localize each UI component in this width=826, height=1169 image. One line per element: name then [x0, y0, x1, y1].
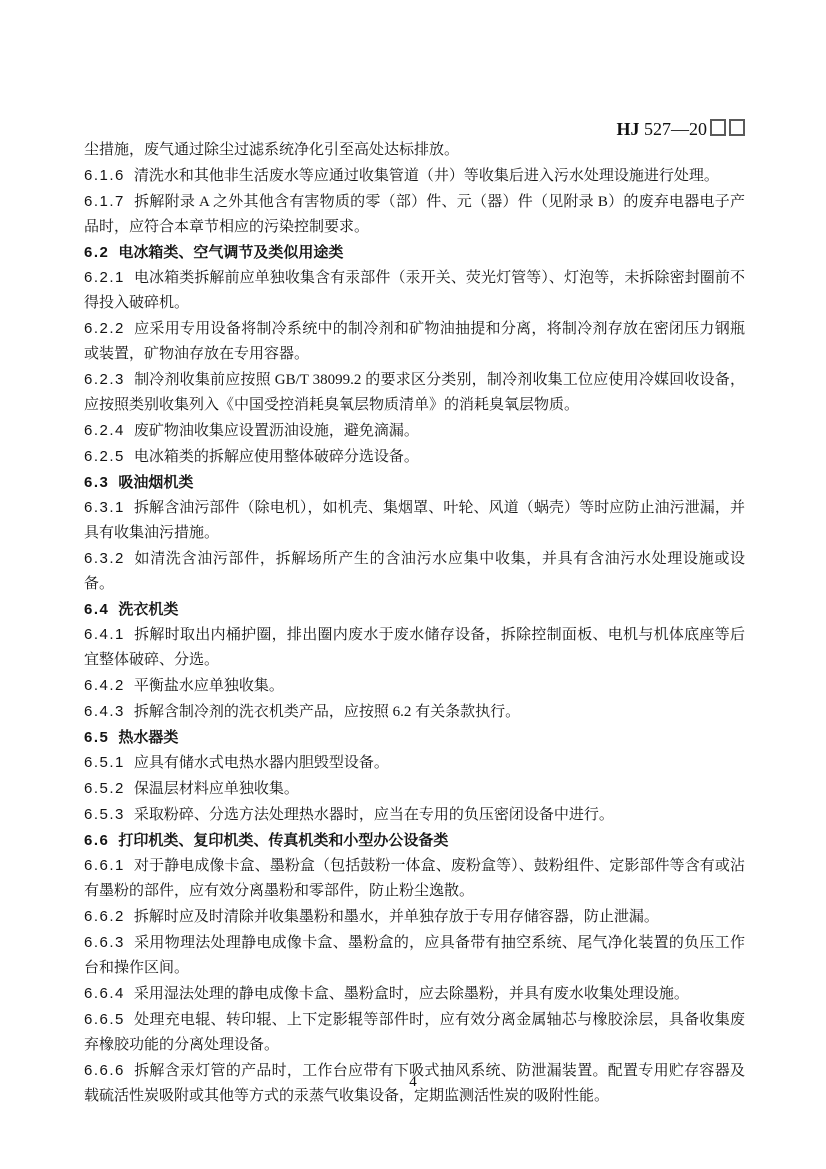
section-heading: 6.2电冰箱类、空气调节及类似用途类 — [84, 240, 745, 265]
clause-text: 拆解时应及时清除并收集墨粉和墨水，并单独存放于专用存储容器，防止泄漏。 — [134, 909, 659, 925]
continuation-paragraph: 尘措施，废气通过除尘过滤系统净化引至高处达标排放。 — [84, 138, 745, 163]
section-heading-text: 吸油烟机类 — [118, 474, 193, 491]
clause-text: 废矿物油收集应设置沥油设施，避免滴漏。 — [134, 423, 419, 439]
clause-number: 6.4.1 — [84, 626, 125, 643]
year-placeholder-box — [710, 119, 726, 136]
clause-paragraph: 6.6.5处理充电辊、转印辊、上下定影辊等部件时，应有效分离金属轴芯与橡胶涂层，… — [84, 1007, 745, 1058]
clause-number: 6.6 — [84, 832, 109, 849]
clause-number: 6.6.5 — [84, 1011, 125, 1028]
clause-number: 6.2.5 — [84, 448, 125, 465]
clause-number: 6.2.3 — [84, 371, 125, 388]
clause-number: 6.5.3 — [84, 806, 125, 823]
section-heading-text: 洗衣机类 — [118, 601, 178, 618]
clause-text: 电冰箱类的拆解应使用整体破碎分选设备。 — [134, 449, 419, 465]
clause-paragraph: 6.2.1电冰箱类拆解前应单独收集含有汞部件（汞开关、荧光灯管等）、灯泡等，未拆… — [84, 265, 745, 316]
clause-paragraph: 6.4.1拆解时取出内桶护圈，排出圈内废水于废水储存设备，拆除控制面板、电机与机… — [84, 622, 745, 673]
section-heading: 6.6打印机类、复印机类、传真机类和小型办公设备类 — [84, 828, 745, 853]
clause-paragraph: 6.2.3制冷剂收集前应按照 GB/T 38099.2 的要求区分类别，制冷剂收… — [84, 367, 745, 418]
clause-number: 6.1.7 — [84, 193, 125, 210]
clause-paragraph: 6.4.2平衡盐水应单独收集。 — [84, 673, 745, 699]
section-heading: 6.3吸油烟机类 — [84, 470, 745, 495]
clause-text: 采用湿法处理的静电成像卡盒、墨粉盒时，应去除墨粉，并具有废水收集处理设施。 — [134, 986, 689, 1002]
clause-text: 采用物理法处理静电成像卡盒、墨粉盒的，应具备带有抽空系统、尾气净化装置的负压工作… — [84, 935, 745, 976]
clause-paragraph: 6.2.2应采用专用设备将制冷系统中的制冷剂和矿物油抽提和分离，将制冷剂存放在密… — [84, 316, 745, 367]
document-page: HJ 527—20 尘措施，废气通过除尘过滤系统净化引至高处达标排放。6.1.6… — [0, 0, 826, 1169]
standard-code-prefix: HJ — [616, 119, 639, 139]
clause-paragraph: 6.4.3拆解含制冷剂的洗衣机类产品，应按照 6.2 有关条款执行。 — [84, 699, 745, 725]
clause-paragraph: 6.6.4采用湿法处理的静电成像卡盒、墨粉盒时，应去除墨粉，并具有废水收集处理设… — [84, 981, 745, 1007]
clause-paragraph: 6.3.2如清洗含油污部件，拆解场所产生的含油污水应集中收集，并具有含油污水处理… — [84, 546, 745, 597]
page-footer: 4 — [0, 1073, 826, 1091]
clause-text: 处理充电辊、转印辊、上下定影辊等部件时，应有效分离金属轴芯与橡胶涂层，具备收集废… — [84, 1012, 745, 1053]
document-body: 尘措施，废气通过除尘过滤系统净化引至高处达标排放。6.1.6清洗水和其他非生活废… — [84, 138, 745, 1109]
clause-text: 如清洗含油污部件，拆解场所产生的含油污水应集中收集，并具有含油污水处理设施或设备… — [84, 551, 745, 592]
clause-paragraph: 6.5.1应具有储水式电热水器内胆毁型设备。 — [84, 750, 745, 776]
clause-number: 6.4.3 — [84, 703, 125, 720]
section-heading-text: 热水器类 — [118, 729, 178, 746]
clause-number: 6.1.6 — [84, 167, 125, 184]
clause-number: 6.6.4 — [84, 985, 125, 1002]
clause-text: 拆解附录 A 之外其他含有害物质的零（部）件、元（器）件（见附录 B）的废弃电器… — [84, 194, 745, 235]
clause-number: 6.4 — [84, 601, 109, 618]
year-boxes — [707, 119, 745, 139]
clause-number: 6.6.3 — [84, 934, 125, 951]
clause-number: 6.2 — [84, 244, 109, 261]
clause-text: 拆解时取出内桶护圈，排出圈内废水于废水储存设备，拆除控制面板、电机与机体底座等后… — [84, 627, 745, 668]
section-heading: 6.5热水器类 — [84, 725, 745, 750]
clause-paragraph: 6.6.1对于静电成像卡盒、墨粉盒（包括鼓粉一体盒、废粉盒等）、鼓粉组件、定影部… — [84, 853, 745, 904]
clause-number: 6.6.2 — [84, 908, 125, 925]
section-heading: 6.4洗衣机类 — [84, 597, 745, 622]
clause-paragraph: 6.1.6清洗水和其他非生活废水等应通过收集管道（井）等收集后进入污水处理设施进… — [84, 163, 745, 189]
clause-paragraph: 6.6.3采用物理法处理静电成像卡盒、墨粉盒的，应具备带有抽空系统、尾气净化装置… — [84, 930, 745, 981]
clause-paragraph: 6.5.2保温层材料应单独收集。 — [84, 776, 745, 802]
clause-number: 6.2.4 — [84, 422, 125, 439]
page-number: 4 — [409, 1074, 417, 1090]
clause-number: 6.3.1 — [84, 499, 125, 516]
clause-text: 尘措施，废气通过除尘过滤系统净化引至高处达标排放。 — [84, 142, 459, 158]
clause-number: 6.3 — [84, 474, 109, 491]
clause-text: 电冰箱类拆解前应单独收集含有汞部件（汞开关、荧光灯管等）、灯泡等，未拆除密封圈前… — [84, 270, 745, 311]
clause-text: 保温层材料应单独收集。 — [134, 781, 299, 797]
clause-text: 清洗水和其他非生活废水等应通过收集管道（井）等收集后进入污水处理设施进行处理。 — [134, 168, 719, 184]
clause-number: 6.5.2 — [84, 780, 125, 797]
clause-number: 6.2.2 — [84, 320, 125, 337]
clause-paragraph: 6.2.5电冰箱类的拆解应使用整体破碎分选设备。 — [84, 444, 745, 470]
clause-text: 制冷剂收集前应按照 GB/T 38099.2 的要求区分类别，制冷剂收集工位应使… — [84, 372, 745, 413]
clause-paragraph: 6.5.3采取粉碎、分选方法处理热水器时，应当在专用的负压密闭设备中进行。 — [84, 802, 745, 828]
year-placeholder-box — [729, 119, 745, 136]
clause-text: 采取粉碎、分选方法处理热水器时，应当在专用的负压密闭设备中进行。 — [134, 807, 614, 823]
clause-text: 平衡盐水应单独收集。 — [134, 678, 284, 694]
clause-paragraph: 6.2.4废矿物油收集应设置沥油设施，避免滴漏。 — [84, 418, 745, 444]
clause-number: 6.6.1 — [84, 857, 125, 874]
clause-paragraph: 6.1.7拆解附录 A 之外其他含有害物质的零（部）件、元（器）件（见附录 B）… — [84, 189, 745, 240]
clause-paragraph: 6.6.2拆解时应及时清除并收集墨粉和墨水，并单独存放于专用存储容器，防止泄漏。 — [84, 904, 745, 930]
clause-paragraph: 6.3.1拆解含油污部件（除电机），如机壳、集烟罩、叶轮、风道（蜗壳）等时应防止… — [84, 495, 745, 546]
standard-code-number: 527—20 — [640, 119, 708, 139]
clause-text: 应具有储水式电热水器内胆毁型设备。 — [134, 755, 389, 771]
clause-text: 对于静电成像卡盒、墨粉盒（包括鼓粉一体盒、废粉盒等）、鼓粉组件、定影部件等含有或… — [84, 858, 745, 899]
section-heading-text: 电冰箱类、空气调节及类似用途类 — [118, 244, 343, 261]
clause-text: 应采用专用设备将制冷系统中的制冷剂和矿物油抽提和分离，将制冷剂存放在密闭压力钢瓶… — [84, 321, 745, 362]
clause-number: 6.2.1 — [84, 269, 125, 286]
clause-text: 拆解含制冷剂的洗衣机类产品，应按照 6.2 有关条款执行。 — [134, 704, 520, 720]
section-heading-text: 打印机类、复印机类、传真机类和小型办公设备类 — [118, 832, 448, 849]
clause-number: 6.5.1 — [84, 754, 125, 771]
clause-number: 6.4.2 — [84, 677, 125, 694]
clause-number: 6.3.2 — [84, 550, 125, 567]
clause-text: 拆解含油污部件（除电机），如机壳、集烟罩、叶轮、风道（蜗壳）等时应防止油污泄漏，… — [84, 500, 745, 541]
clause-number: 6.5 — [84, 729, 109, 746]
